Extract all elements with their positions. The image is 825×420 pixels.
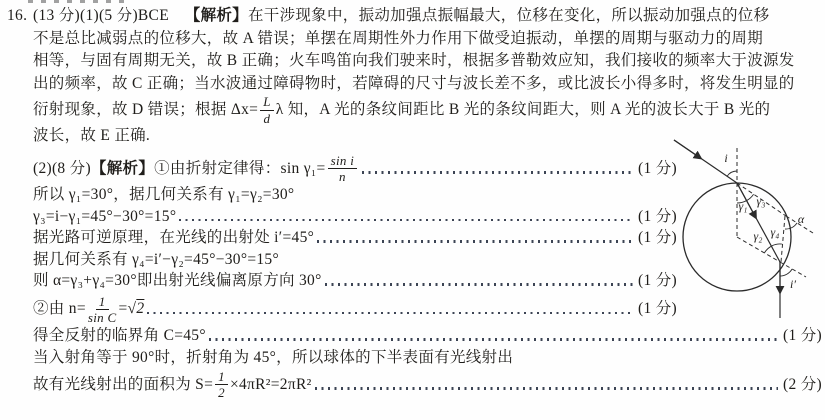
text-segment: γ₃=i−γ₁=45°−30°=15° — [33, 206, 176, 228]
line-content: 据几何关系有 γ₄=i′−γ₂=45°−30°=15° — [33, 249, 279, 271]
fraction-denominator: 2 — [218, 385, 225, 400]
dotted-leader — [317, 240, 633, 243]
label-alpha: α — [798, 212, 805, 226]
dotted-leader — [147, 312, 633, 315]
line-content: 据光路可逆原理，在光线的出射处 i′=45° — [33, 227, 314, 249]
text-segment: 不是总比减弱点的位移大，故 A 错误；单摆在周期性外力作用下做受迫振动，单摆的周… — [33, 28, 763, 51]
line-content: 所以 γ₁=30°，据几何关系有 γ₁=γ₂=30° — [33, 184, 294, 206]
line-content: (13 分)(1)(5 分)BCE 【解析】在干涉现象中，振动加强点振幅最大，位… — [33, 5, 769, 28]
label-i-prime: i′ — [790, 277, 796, 291]
text-segment: 所以 γ₁=30°，据几何关系有 γ₁=γ₂=30° — [33, 184, 294, 206]
text-segment: 相等，与固有周期无关，故 B 正确；火车鸣笛向我们驶来时，根据多普勒效应知，我们… — [33, 50, 795, 73]
square-root: √2 — [128, 298, 145, 321]
dotted-leader — [325, 283, 633, 286]
fraction-denominator: sin C — [88, 310, 117, 325]
text-segment: 得全反射的临界角 C=45° — [33, 325, 206, 348]
label-gamma4: γ₄ — [771, 225, 780, 239]
label-gamma1: γ₁ — [739, 199, 748, 213]
problem-number: 16. — [7, 5, 27, 28]
dotted-leader — [315, 387, 778, 390]
label-gamma2: γ₂ — [754, 229, 763, 243]
clipped-previous-line-fragment — [28, 0, 132, 3]
text-segment: λ 知，A 光的条纹间距比 B 光的条纹间距大，则 A 光的波长大于 B 光的 — [276, 99, 771, 122]
text-segment: 出的频率，故 C 正确；当水波通过障碍物时，若障碍的尺寸与波长差不多，或比波长小… — [33, 73, 795, 96]
bold-text: 【解析】 — [91, 158, 154, 181]
angle-i-arc — [727, 171, 737, 176]
solution-line: γ₃=i−γ₁=45°−30°=15°(1 分) — [33, 206, 677, 228]
dotted-leader — [209, 338, 778, 341]
refraction-sphere-diagram: i γ₁ γ₃ γ₂ γ₄ α i′ — [655, 130, 825, 330]
fraction-denominator: d — [264, 111, 271, 126]
line-content: 衍射现象，故 D 错误；根据 Δx=Ldλ 知，A 光的条纹间距比 B 光的条纹… — [33, 95, 770, 125]
line-content: ②由 n=1sin C=√2 — [33, 295, 144, 325]
line-content: 故有光线射出的面积为 S=12×4πR²=2πR² — [33, 370, 312, 400]
text-segment: ②由 n= — [33, 298, 86, 321]
angle-iprime-arc — [780, 269, 792, 276]
text-segment: 波长，故 E 正确. — [33, 125, 150, 148]
line-content: 相等，与固有周期无关，故 B 正确；火车鸣笛向我们驶来时，根据多普勒效应知，我们… — [33, 50, 795, 73]
line-content: 得全反射的临界角 C=45° — [33, 325, 206, 348]
fraction-denominator: n — [339, 169, 346, 184]
label-gamma3: γ₃ — [757, 194, 766, 208]
solution-line: 据光路可逆原理，在光线的出射处 i′=45°(1 分) — [33, 227, 677, 249]
label-i-icon: i — [724, 151, 727, 165]
text-segment: ×4πR²=2πR² — [230, 374, 312, 397]
text-segment: = — [118, 298, 127, 321]
solution-line: 故有光线射出的面积为 S=12×4πR²=2πR²(2 分) — [33, 370, 822, 400]
fraction: 12 — [215, 370, 228, 400]
angle-alpha-arc — [785, 223, 797, 229]
text-segment: 在干涉现象中，振动加强点振幅最大，位移在变化，所以振动加强点的位移 — [248, 5, 769, 28]
solution-line: 出的频率，故 C 正确；当水波通过障碍物时，若障碍的尺寸与波长差不多，或比波长小… — [33, 73, 822, 96]
text-segment: 衍射现象，故 D 错误；根据 Δx= — [33, 99, 258, 122]
line-content: 当入射角等于 90°时，折射角为 45°，所以球体的下半表面有光线射出 — [33, 347, 513, 370]
fraction: sin in — [328, 154, 358, 184]
solution-line: 不是总比减弱点的位移大，故 A 错误；单摆在周期性外力作用下做受迫振动，单摆的周… — [33, 28, 822, 51]
line-content: 则 α=γ₃+γ₄=30°即出射光线偏离原方向 30° — [33, 270, 322, 292]
fraction-numerator: sin i — [328, 154, 358, 170]
line-content: 不是总比减弱点的位移大，故 A 错误；单摆在周期性外力作用下做受迫振动，单摆的周… — [33, 28, 763, 51]
fraction: Ld — [260, 95, 274, 125]
solution-line: ②由 n=1sin C=√2(1 分) — [33, 295, 677, 325]
text-segment: 当入射角等于 90°时，折射角为 45°，所以球体的下半表面有光线射出 — [33, 347, 513, 370]
fraction: 1sin C — [88, 295, 117, 325]
incident-ray-arrow — [674, 140, 701, 159]
line-content: 出的频率，故 C 正确；当水波通过障碍物时，若障碍的尺寸与波长差不多，或比波长小… — [33, 73, 795, 96]
solution-line: 则 α=γ₃+γ₄=30°即出射光线偏离原方向 30°(1 分) — [33, 270, 677, 292]
text-segment: 据几何关系有 γ₄=i′−γ₂=45°−30°=15° — [33, 249, 279, 271]
text-segment: 则 α=γ₃+γ₄=30°即出射光线偏离原方向 30° — [33, 270, 322, 292]
bold-text: 【解析】 — [185, 5, 248, 28]
text-segment: (13 分)(1)(5 分)BCE — [33, 5, 185, 28]
text-segment: 据光路可逆原理，在光线的出射处 i′=45° — [33, 227, 314, 249]
solution-line: 衍射现象，故 D 错误；根据 Δx=Ldλ 知，A 光的条纹间距比 B 光的条纹… — [33, 95, 822, 125]
text-segment: 故有光线射出的面积为 S= — [33, 374, 213, 397]
solution-line: 当入射角等于 90°时，折射角为 45°，所以球体的下半表面有光线射出 — [33, 347, 822, 370]
fraction-numerator: 1 — [215, 370, 228, 386]
score-label: (2 分) — [783, 374, 822, 397]
fraction-numerator: 1 — [96, 295, 109, 311]
solution-line: 16.(13 分)(1)(5 分)BCE 【解析】在干涉现象中，振动加强点振幅最… — [33, 5, 822, 28]
line-content: γ₃=i−γ₁=45°−30°=15° — [33, 206, 176, 228]
fraction-numerator: L — [260, 95, 274, 111]
solution-line: (2)(8 分)【解析】①由折射定律得：sin γ₁=sin in(1 分) — [33, 154, 677, 184]
solution-line: 相等，与固有周期无关，故 B 正确；火车鸣笛向我们驶来时，根据多普勒效应知，我们… — [33, 50, 822, 73]
text-segment: ①由折射定律得：sin γ₁= — [154, 158, 325, 181]
text-segment: (2)(8 分) — [33, 158, 91, 181]
line-content: (2)(8 分)【解析】①由折射定律得：sin γ₁=sin in — [33, 154, 359, 184]
dotted-leader — [179, 219, 633, 222]
line-content: 波长，故 E 正确. — [33, 125, 150, 148]
dotted-leader — [362, 171, 633, 174]
vertical-chord-dashed — [781, 216, 785, 262]
